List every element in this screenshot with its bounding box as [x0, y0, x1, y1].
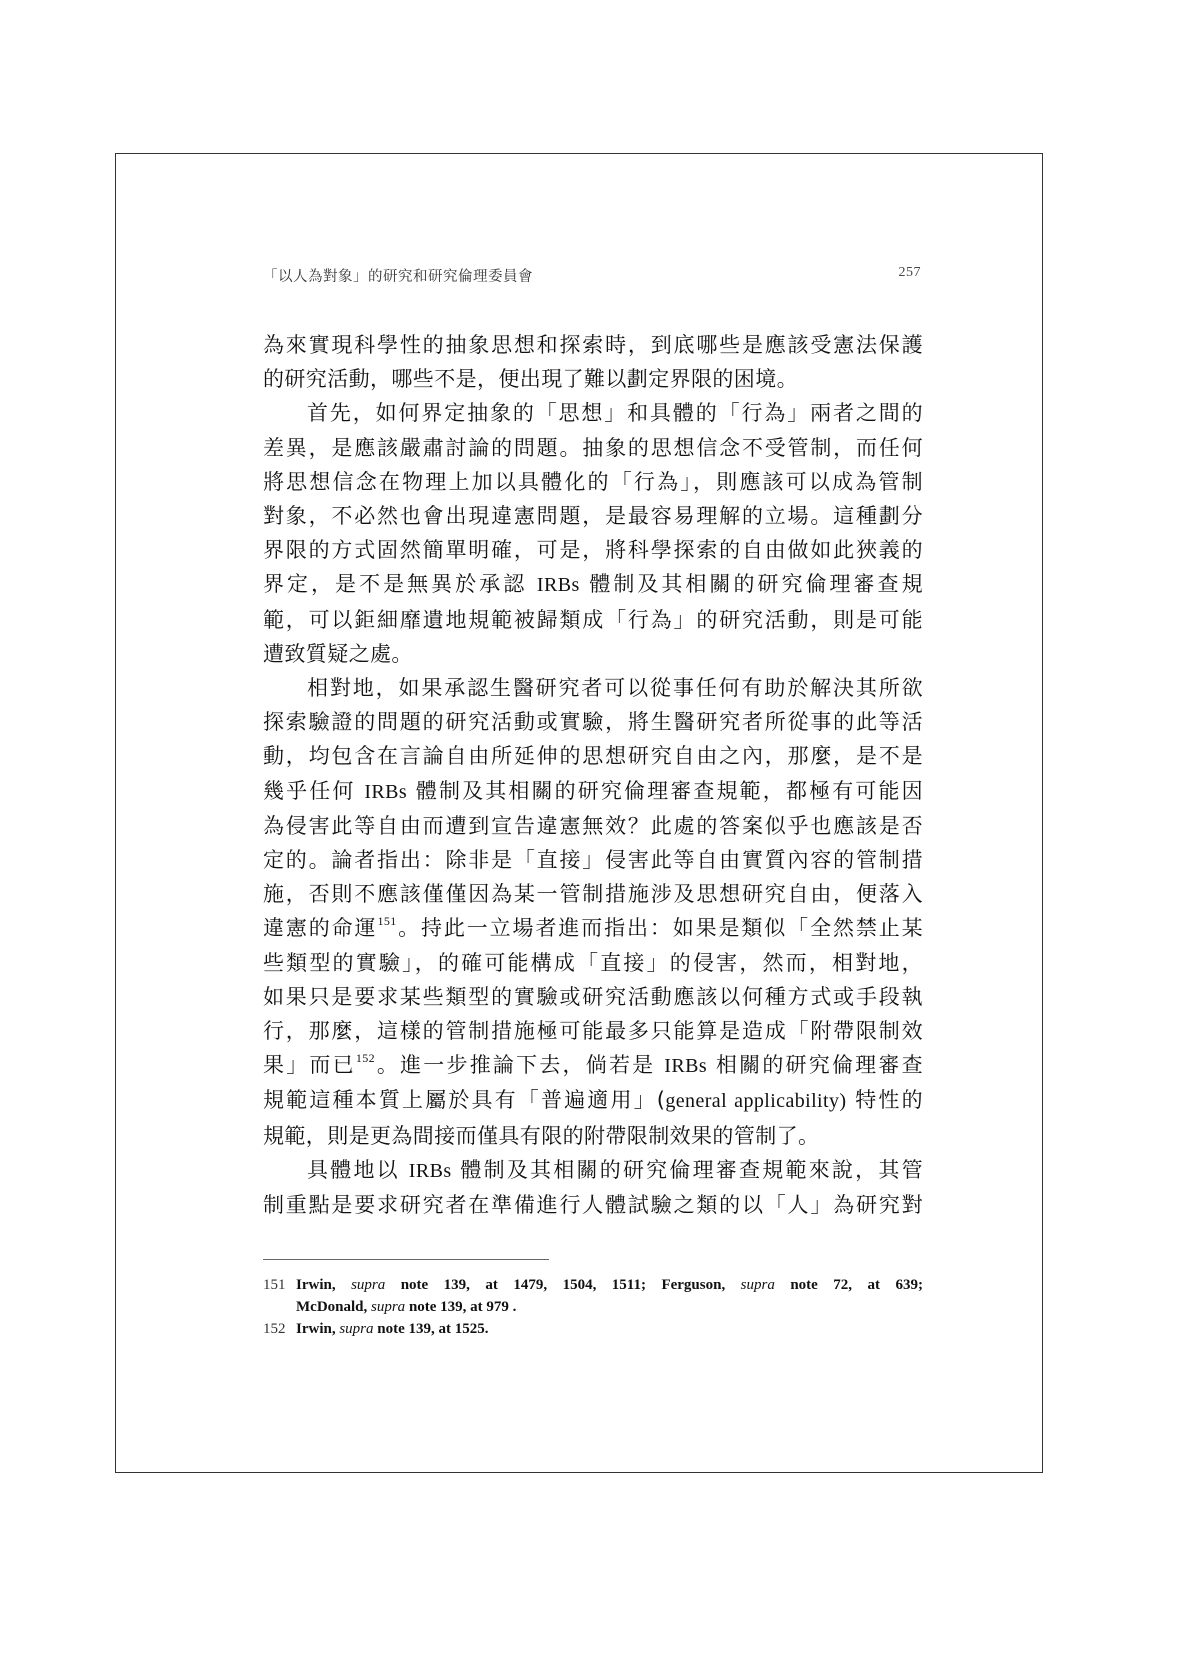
text-line: 的研究活動，哪些不是，便出現了難以劃定界限的困境。 — [263, 362, 923, 396]
text-line: 規範這種本質上屬於具有「普遍適用」(general applicability)… — [263, 1083, 923, 1118]
footnote-152: 152Irwin, supra note 139, at 1525. — [263, 1318, 923, 1340]
text-line: 規範，則是更為間接而僅具有限的附帶限制效果的管制了。 — [263, 1119, 923, 1153]
text-line: 違憲的命運151。持此一立場者進而指出：如果是類似「全然禁止某 — [263, 911, 923, 945]
text-line: 動，均包含在言論自由所延伸的思想研究自由之內，那麼，是不是 — [263, 739, 923, 773]
citation-signal: supra — [351, 1277, 385, 1293]
footnote-number: 152 — [263, 1318, 286, 1340]
text-line: 幾乎任何 IRBs 體制及其相關的研究倫理審查規範，都極有可能因 — [263, 774, 923, 809]
paragraph: 首先，如何界定抽象的「思想」和具體的「行為」兩者之間的差異，是應該嚴肅討論的問題… — [263, 396, 923, 671]
latin-text: IRBs — [537, 574, 580, 596]
body-text: 為來實現科學性的抽象思想和探索時，到底哪些是應該受憲法保護的研究活動，哪些不是，… — [263, 328, 923, 1222]
footnote-number: 151 — [263, 1274, 286, 1296]
page-number: 257 — [899, 265, 922, 281]
latin-text: IRBs — [664, 1055, 707, 1077]
text-line: 界定，是不是無異於承認 IRBs 體制及其相關的研究倫理審查規 — [263, 567, 923, 602]
text-line: 將思想信念在物理上加以具體化的「行為」，則應該可以成為管制 — [263, 465, 923, 499]
latin-text: IRBs — [409, 1160, 452, 1182]
citation-signal: supra — [371, 1299, 405, 1315]
text-line: 探索驗證的問題的研究活動或實驗，將生醫研究者所從事的此等活 — [263, 705, 923, 739]
text-line: 為來實現科學性的抽象思想和探索時，到底哪些是應該受憲法保護 — [263, 328, 923, 362]
footnote-ref[interactable]: 152 — [356, 1051, 375, 1065]
text-line: 差異，是應該嚴肅討論的問題。抽象的思想信念不受管制，而任何 — [263, 431, 923, 465]
footnote-151: 151Irwin, supra note 139, at 1479, 1504,… — [263, 1274, 923, 1318]
text-line: 果」而已152。進一步推論下去，倘若是 IRBs 相關的研究倫理審查 — [263, 1048, 923, 1083]
footnotes: 151Irwin, supra note 139, at 1479, 1504,… — [263, 1274, 923, 1340]
text-line: 施，否則不應該僅僅因為某一管制措施涉及思想研究自由，便落入 — [263, 877, 923, 911]
footnote-line: McDonald, supra note 139, at 979 . — [296, 1296, 923, 1318]
footnote-line: Irwin, supra note 139, at 1525. — [296, 1318, 923, 1340]
text-line: 遭致質疑之處。 — [263, 637, 923, 671]
latin-text: IRBs — [364, 781, 407, 803]
citation-signal: supra — [339, 1321, 373, 1337]
paragraph: 為來實現科學性的抽象思想和探索時，到底哪些是應該受憲法保護的研究活動，哪些不是，… — [263, 328, 923, 396]
text-line: 具體地以 IRBs 體制及其相關的研究倫理審查規範來說，其管 — [263, 1153, 923, 1188]
footnote-ref[interactable]: 151 — [377, 914, 396, 928]
running-head-title: 「以人為對象」的研究和研究倫理委員會 — [263, 265, 533, 286]
latin-text: general applicability) — [665, 1090, 846, 1112]
text-line: 定的。論者指出：除非是「直接」侵害此等自由實質內容的管制措 — [263, 843, 923, 877]
footnote-line: Irwin, supra note 139, at 1479, 1504, 15… — [296, 1274, 923, 1296]
text-line: 相對地，如果承認生醫研究者可以從事任何有助於解決其所欲 — [263, 671, 923, 705]
text-line: 範，可以鉅細靡遺地規範被歸類成「行為」的研究活動，則是可能 — [263, 603, 923, 637]
text-line: 為侵害此等自由而遭到宣告違憲無效？此處的答案似乎也應該是否 — [263, 809, 923, 843]
footnote-separator — [263, 1259, 549, 1260]
text-line: 行，那麼，這樣的管制措施極可能最多只能算是造成「附帶限制效 — [263, 1014, 923, 1048]
text-line: 些類型的實驗」，的確可能構成「直接」的侵害，然而，相對地， — [263, 946, 923, 980]
paragraph: 相對地，如果承認生醫研究者可以從事任何有助於解決其所欲探索驗證的問題的研究活動或… — [263, 671, 923, 1153]
paragraph: 具體地以 IRBs 體制及其相關的研究倫理審查規範來說，其管制重點是要求研究者在… — [263, 1153, 923, 1222]
text-line: 首先，如何界定抽象的「思想」和具體的「行為」兩者之間的 — [263, 396, 923, 430]
citation-signal: supra — [741, 1277, 775, 1293]
text-line: 制重點是要求研究者在準備進行人體試驗之類的以「人」為研究對 — [263, 1188, 923, 1222]
running-head: 「以人為對象」的研究和研究倫理委員會 257 — [263, 265, 923, 285]
footnote-text: Irwin, supra note 139, at 1479, 1504, 15… — [296, 1274, 923, 1318]
text-line: 對象，不必然也會出現違憲問題，是最容易理解的立場。這種劃分 — [263, 499, 923, 533]
footnote-text: Irwin, supra note 139, at 1525. — [296, 1318, 923, 1340]
text-line: 界限的方式固然簡單明確，可是，將科學探索的自由做如此狹義的 — [263, 533, 923, 567]
text-line: 如果只是要求某些類型的實驗或研究活動應該以何種方式或手段執 — [263, 980, 923, 1014]
